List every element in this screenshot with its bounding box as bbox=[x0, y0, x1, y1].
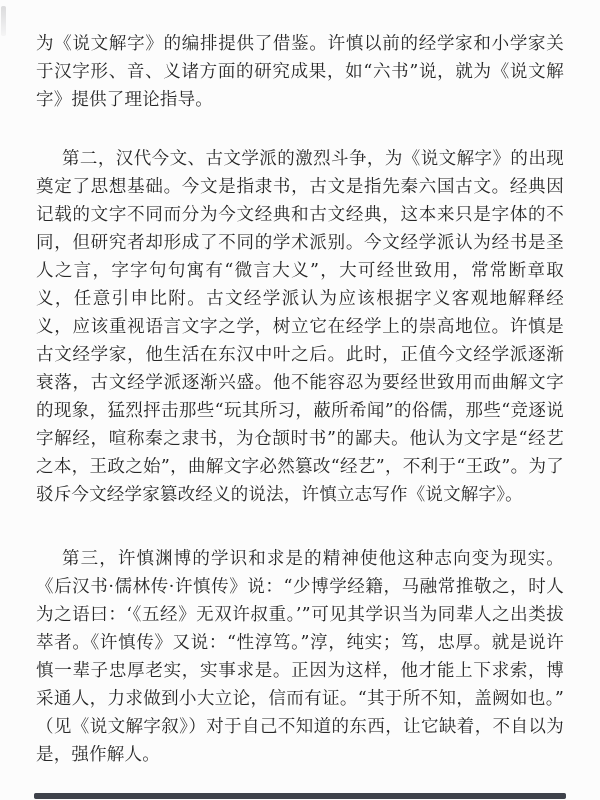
paragraph-3: 第三，许慎渊博的学识和求是的精神使他这种志向变为现实。《后汉书·儒林传·许慎传》… bbox=[36, 545, 564, 769]
paragraph-1: 为《说文解字》的编排提供了借鉴。许慎以前的经学家和小学家关于汉字形、音、义诸方面… bbox=[36, 30, 564, 114]
page-bottom-edge-bar bbox=[34, 793, 566, 799]
text-block: 为《说文解字》的编排提供了借鉴。许慎以前的经学家和小学家关于汉字形、音、义诸方面… bbox=[36, 30, 564, 769]
document-page: 为《说文解字》的编排提供了借鉴。许慎以前的经学家和小学家关于汉字形、音、义诸方面… bbox=[0, 0, 600, 800]
scan-smudge-artifact bbox=[1, 6, 6, 36]
paragraph-2: 第二，汉代今文、古文学派的激烈斗争，为《说文解字》的出现奠定了思想基础。今文是指… bbox=[36, 145, 564, 509]
